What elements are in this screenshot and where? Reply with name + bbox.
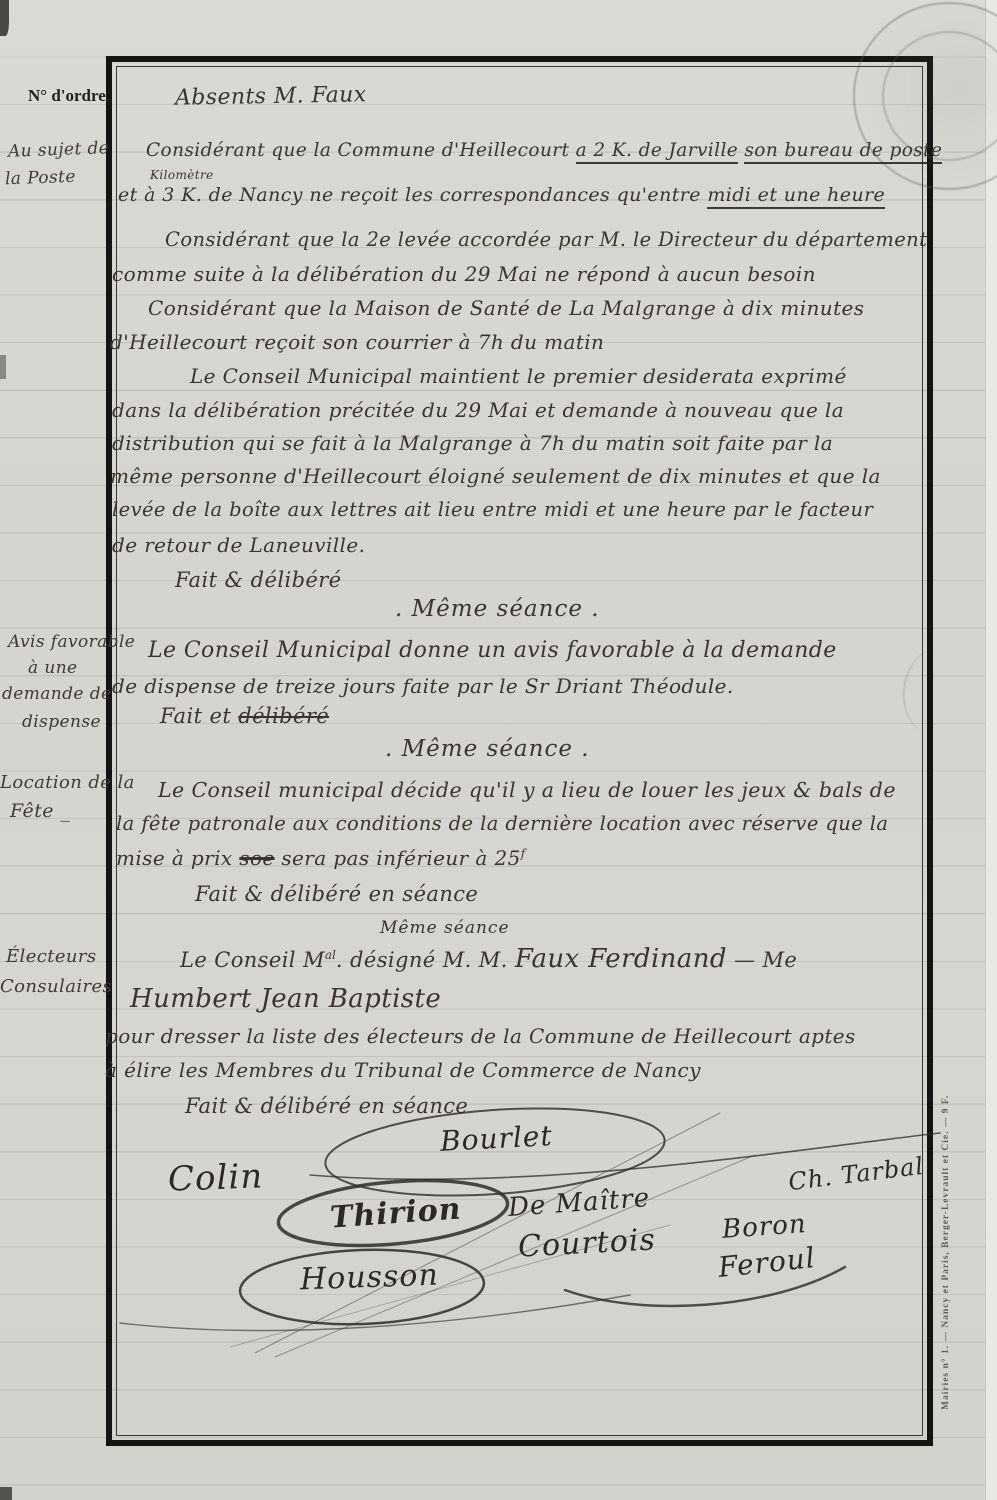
- heading-meme-seance-1: . Même séance .: [395, 596, 600, 622]
- margin-note-electeurs: Consulaires: [0, 976, 112, 997]
- signature-courtois: Courtois: [517, 1222, 656, 1264]
- heading-meme-seance-2: . Même séance .: [385, 736, 590, 762]
- line-fait-delibere-3: Fait & délibéré en séance: [195, 882, 478, 906]
- signature-boron: Boron: [721, 1209, 807, 1245]
- signature-housson: Housson: [299, 1258, 439, 1298]
- margin-note-poste: la Poste: [5, 167, 76, 189]
- margin-note-dispense: Avis favorable: [8, 632, 135, 652]
- line-electeurs-4: à élire les Membres du Tribunal de Comme…: [105, 1058, 701, 1082]
- margin-note-poste: Au sujet de: [8, 138, 110, 162]
- underlined-text: a 2 K. de Jarville: [576, 140, 738, 164]
- line-electeurs-3: pour dresser la liste des électeurs de l…: [105, 1024, 856, 1048]
- margin-note-dispense: dispense: [22, 712, 101, 732]
- line-resolution-5: levée de la boîte aux lettres ait lieu e…: [112, 498, 873, 521]
- line-resolution-1: Le Conseil Municipal maintient le premie…: [190, 364, 847, 388]
- line-resolution-3: distribution qui se fait à la Malgrange …: [112, 431, 833, 455]
- text-run: Fait et: [160, 704, 238, 728]
- text-run: mise à prix: [116, 846, 239, 870]
- struck-text: délibéré: [238, 704, 329, 728]
- line-fete-3: mise à prix soe sera pas inférieur à 25f: [116, 846, 525, 870]
- flourish-stroke: [120, 1295, 630, 1330]
- underlined-text: midi et une heure: [707, 184, 885, 209]
- printer-imprint: Mairies n° 1. — Nancy et Paris, Berger-L…: [941, 998, 951, 1410]
- line-absents: Absents M. Faux: [175, 82, 367, 110]
- text-run: sera pas inférieur à 25: [275, 846, 521, 870]
- margin-note-fete: Fête _: [10, 800, 70, 822]
- line-resolution-4: même personne d'Heillecourt éloigné seul…: [110, 464, 881, 488]
- text-run: . désigné M. M.: [336, 948, 515, 972]
- text-run: — Me: [727, 948, 797, 972]
- scanned-register-page: N° d'ordre. Au sujet de la Poste Avis fa…: [0, 0, 997, 1500]
- line-considerant-2: Considérant que la 2e levée accordée par…: [165, 228, 927, 251]
- text-run: Considérant que la Commune d'Heillecourt: [146, 140, 576, 161]
- line-considerant-1: Considérant que la Commune d'Heillecourt…: [146, 140, 942, 161]
- line-fait-delibere-1: Fait & délibéré: [175, 568, 342, 592]
- heading-meme-seance-3: Même séance: [380, 918, 510, 938]
- struck-text: soe: [239, 846, 274, 870]
- line-dispense-1: Le Conseil Municipal donne un avis favor…: [148, 638, 837, 663]
- line-considerant-3: Considérant que la Maison de Santé de La…: [148, 296, 864, 320]
- line-electeurs-2: Humbert Jean Baptiste: [130, 984, 441, 1014]
- signature-center: Bourlet: [439, 1119, 553, 1158]
- signature-colin: Colin: [167, 1156, 263, 1199]
- margin-note-electeurs: Électeurs: [6, 946, 97, 967]
- scan-edge-artifact: [0, 1487, 12, 1500]
- line-fete-2: la fête patronale aux conditions de la d…: [116, 812, 888, 835]
- line-fait-delibere-2: Fait et délibéré: [160, 704, 329, 728]
- underlined-text: son bureau de poste: [744, 140, 942, 164]
- line-considerant-2b: comme suite à la délibération du 29 Mai …: [112, 262, 816, 286]
- order-number-label: N° d'ordre.: [28, 86, 110, 106]
- line-fete-1: Le Conseil municipal décide qu'il y a li…: [158, 778, 896, 802]
- superscript: f: [521, 846, 525, 860]
- line-electeurs-1: Le Conseil Mal. désigné M. M. Faux Ferdi…: [180, 944, 797, 974]
- interline-correction: Kilomètre: [150, 168, 214, 182]
- line-dispense-2: de dispense de treize jours faite par le…: [112, 674, 734, 698]
- superscript: al: [325, 948, 336, 962]
- text-run: et à 3 K. de Nancy ne reçoit les corresp…: [118, 184, 707, 206]
- line-resolution-2: dans la délibération précitée du 29 Mai …: [112, 398, 844, 422]
- margin-note-dispense: demande de: [2, 684, 111, 704]
- text-run: Le Conseil M: [180, 948, 325, 972]
- line-resolution-6: de retour de Laneuville.: [112, 533, 365, 557]
- line-considerant-1b: et à 3 K. de Nancy ne reçoit les corresp…: [118, 184, 885, 206]
- scan-edge-artifact: [0, 0, 9, 36]
- line-considerant-3b: d'Heillecourt reçoit son courrier à 7h d…: [110, 330, 604, 354]
- margin-note-fete: Location de la: [0, 772, 135, 793]
- scan-edge-artifact: [0, 355, 6, 379]
- margin-note-dispense: à une: [28, 658, 78, 678]
- emphasized-name: Faux Ferdinand: [515, 944, 727, 974]
- scan-right-edge: [985, 0, 997, 1500]
- flourish-hairline: [275, 1155, 755, 1357]
